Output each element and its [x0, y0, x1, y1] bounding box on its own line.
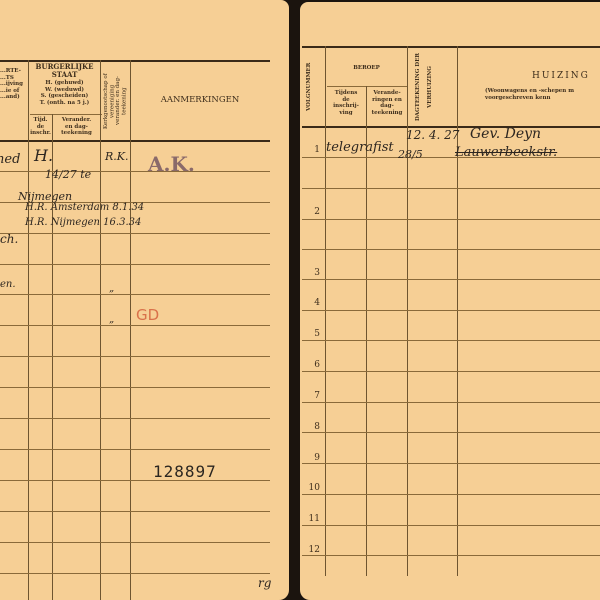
header-beroep: BEROEP — [326, 65, 407, 72]
row-rule — [0, 480, 270, 481]
header-top-rule — [302, 46, 600, 48]
header-kerk-veranderingen: verander. en dag- teekening — [115, 64, 127, 138]
column-divider — [28, 60, 29, 600]
row-rule — [0, 573, 270, 574]
subheader-rule — [30, 114, 102, 115]
header-huizing: HUIZING — [532, 72, 600, 80]
header-veranderingen: Verander. en dag- teekening — [53, 117, 100, 137]
row-rule — [0, 511, 270, 512]
row-number: 7 — [300, 391, 320, 401]
header-tijdens-inschrijving: Tijdens de inschrij- ving — [326, 90, 366, 116]
registration-card-left: ...RTE- ...TS ...ijving ...ie of ...and)… — [0, 0, 289, 600]
stamp-gd: GD — [136, 306, 159, 324]
row-rule — [302, 494, 600, 495]
row-rule — [0, 356, 270, 357]
row-rule — [302, 432, 600, 433]
header-aanmerkingen: AANMERKINGEN — [135, 96, 265, 104]
handwritten-note-2: H.R. Nijmegen 16.3.34 — [25, 217, 141, 228]
header-kerkgenootschap: Kerkgenootschap of vereeniging — [103, 64, 113, 138]
header-partial-column: ...RTE- ...TS ...ijving ...ie of ...and) — [0, 68, 28, 101]
column-divider — [130, 60, 131, 600]
row-rule — [302, 402, 600, 403]
handwritten-en: en. — [0, 279, 16, 290]
header-bottom-rule — [0, 140, 270, 142]
row-number: 4 — [300, 298, 320, 308]
header-burgerlijke-staat-codes: H. (gehuwd) W. (weduwd) S. (gescheiden) … — [29, 80, 100, 106]
row-rule — [302, 340, 600, 341]
handwritten-civil-status: H. — [34, 146, 53, 165]
row-number: 8 — [300, 422, 320, 432]
handwritten-occupation: telegrafist — [326, 140, 394, 155]
row-rule — [0, 264, 270, 265]
column-divider — [100, 60, 101, 600]
row-number: 9 — [300, 453, 320, 463]
handwritten-nationality: ned — [0, 152, 20, 167]
handwritten-ch: ch. — [0, 232, 18, 246]
handwritten-ditto: „ — [109, 314, 114, 325]
row-rule — [0, 387, 270, 388]
column-divider — [366, 86, 367, 576]
column-divider — [325, 46, 326, 576]
row-rule — [0, 325, 270, 326]
header-volgnummer: VOLGNUMMER — [306, 52, 318, 122]
row-rule — [302, 371, 600, 372]
stamp-ak: A.K. — [148, 152, 195, 176]
row-rule — [0, 294, 270, 295]
row-rule — [302, 219, 600, 220]
handwritten-change-date: 28/5 — [398, 148, 423, 161]
row-rule — [0, 171, 270, 172]
card-number-stamp: 128897 — [153, 462, 217, 481]
header-dagteekening: DAGTEEKENING DER VERHUIZING — [412, 50, 452, 124]
row-rule — [0, 542, 270, 543]
row-number: 12 — [300, 545, 320, 555]
row-number: 3 — [300, 268, 320, 278]
header-huizing-subtitle: (Woonwagens en -schepen m voorgeschreven… — [485, 88, 600, 101]
row-number: 1 — [300, 145, 320, 155]
column-divider — [52, 114, 53, 600]
column-divider — [457, 46, 458, 576]
handwritten-address-1: Gev. Deyn — [470, 126, 541, 142]
row-rule — [0, 418, 270, 419]
handwritten-initials: rg — [258, 576, 271, 590]
row-rule — [302, 249, 600, 250]
row-rule — [302, 188, 600, 189]
row-number: 10 — [300, 483, 320, 493]
header-burgerlijke-staat: BURGERLIJKE STAAT — [29, 63, 100, 79]
row-rule — [302, 310, 600, 311]
registration-card-right: VOLGNUMMER BEROEP Tijdens de inschrij- v… — [300, 2, 600, 600]
handwritten-religion: R.K. — [105, 150, 129, 163]
column-divider — [407, 46, 408, 576]
row-number: 5 — [300, 329, 320, 339]
handwritten-ditto: „ — [109, 283, 114, 294]
row-rule — [302, 279, 600, 280]
row-rule — [0, 233, 270, 234]
row-rule — [0, 449, 270, 450]
subheader-rule — [327, 86, 407, 87]
row-rule — [302, 525, 600, 526]
handwritten-marriage-date: 14/27 te — [45, 168, 91, 181]
handwritten-note-1: H.R. Amsterdam 8.1.34 — [25, 202, 144, 213]
handwritten-move-date: 12. 4. 27 — [406, 128, 459, 142]
row-rule — [302, 463, 600, 464]
header-veranderingen: Verande- ringen en dag- teekening — [367, 90, 407, 116]
row-number: 2 — [300, 207, 320, 217]
header-tijd-inschrijving: Tijd. de inschr. — [29, 117, 52, 137]
row-number: 11 — [300, 514, 320, 524]
row-number: 6 — [300, 360, 320, 370]
handwritten-address-2: Lauwerbeekstr. — [455, 145, 557, 160]
row-rule — [302, 555, 600, 556]
